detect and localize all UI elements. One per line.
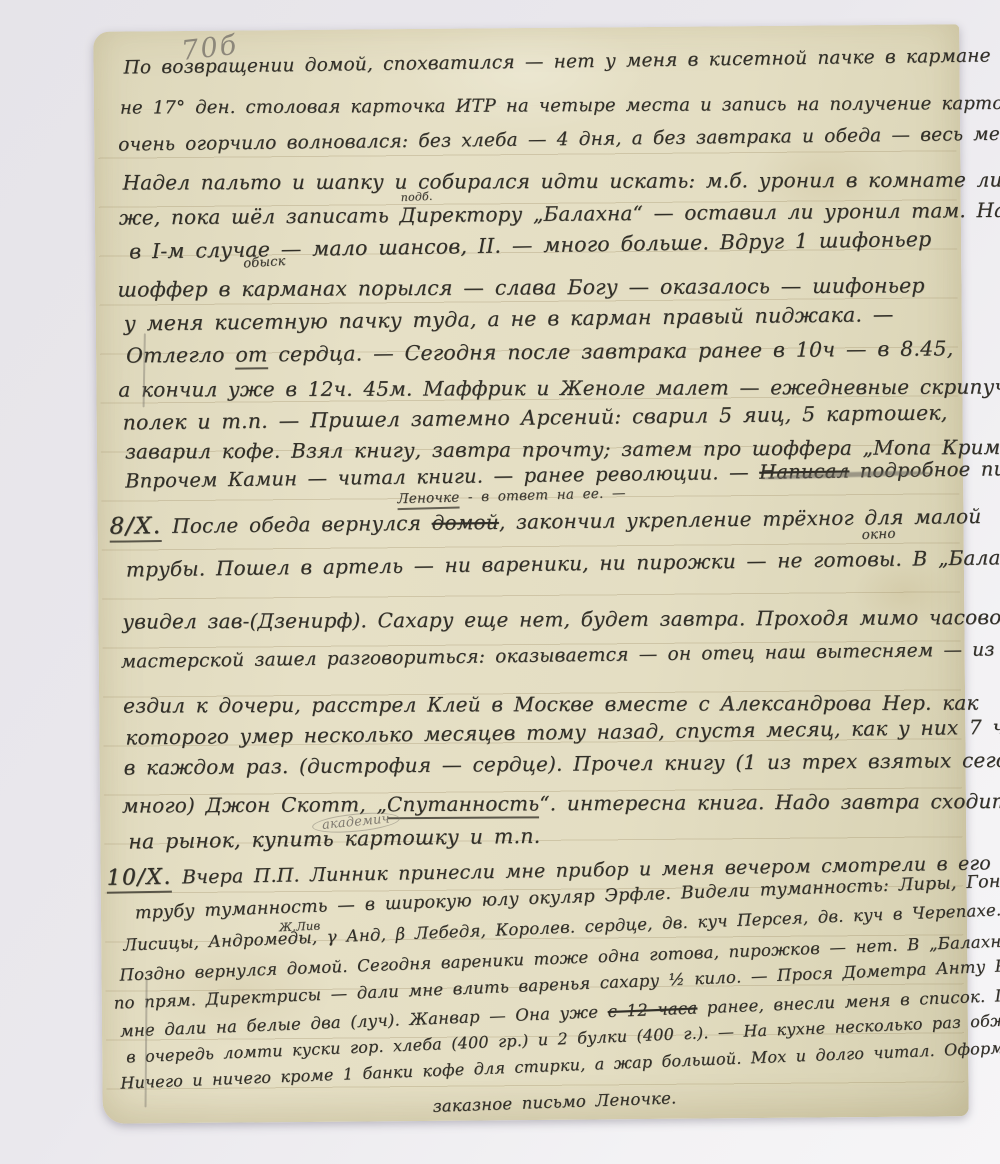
manuscript-line: ездил к дочери, расстрел Клей в Москве в… <box>123 691 979 718</box>
manuscript-line: По возвращении домой, спохватился — нет … <box>123 43 1000 78</box>
text-segment: Написал <box>759 459 849 483</box>
text-segment: Леночке <box>397 490 460 511</box>
manuscript-line: в каждом раз. (дистрофия — сердце). Проч… <box>124 747 1000 779</box>
text-segment: 8/X. <box>109 513 161 543</box>
text-segment: подробное письмо <box>849 457 1000 483</box>
text-segment: - в ответ на ее. — <box>459 485 626 505</box>
text-segment: , закончил укрепление трёхног для малой <box>499 504 982 534</box>
interline-note: Леночке - в ответ на ее. — <box>397 485 626 507</box>
text-segment: “. интересна книга. Надо завтра сходить <box>539 789 1000 816</box>
manuscript-line: а кончил уже в 12ч. 45м. Маффрик и Женол… <box>118 374 1000 401</box>
manuscript-line: очень огорчило волновался: без хлеба — 4… <box>118 123 1000 155</box>
interline-note: обыск <box>243 254 286 272</box>
manuscript-page: 70б По возвращении домой, спохватился — … <box>93 24 968 1124</box>
text-segment: полек и т.п. — Пришел затемно Арсений: с… <box>123 400 948 434</box>
manuscript-line: же, пока шёл записать Директору „Балахна… <box>119 198 1000 230</box>
text-segment: с 12 часа <box>607 998 697 1021</box>
text-segment: же, пока шёл записать Директору „Балахна… <box>119 198 1000 230</box>
text-segment: После обеда вернулся <box>161 511 431 538</box>
text-segment: ездил к дочери, расстрел Клей в Москве в… <box>123 691 979 718</box>
manuscript-line: заказное письмо Леночке. <box>432 1088 676 1116</box>
manuscript-line: не 17° ден. столовая карточка ИТР на чет… <box>120 92 1000 118</box>
manuscript-line: которого умер несколько месяцев тому наз… <box>125 714 1000 749</box>
interline-note: окно <box>861 526 896 543</box>
manuscript-line: Отлегло от сердца. — Сегодня после завтр… <box>126 336 953 367</box>
manuscript-line: 8/X. После обеда вернулся домой, закончи… <box>109 503 981 540</box>
text-segment: увидел зав-(Дзенирф). Сахару еще нет, бу… <box>122 605 1000 634</box>
manuscript-line: Надел пальто и шапку и собирался идти ис… <box>123 167 1000 194</box>
text-segment: в каждом раз. (дистрофия — сердце). Проч… <box>124 747 1000 779</box>
text-segment: а кончил уже в 12ч. 45м. Маффрик и Женол… <box>118 374 1000 401</box>
manuscript-line: полек и т.п. — Пришел затемно Арсений: с… <box>123 400 948 434</box>
manuscript-line: мастерской зашел разговориться: оказывае… <box>121 638 1000 673</box>
text-segment: которого умер несколько месяцев тому наз… <box>125 714 1000 749</box>
text-segment: 10/X. <box>106 865 172 894</box>
text-segment: у меня кисетную пачку туда, а не в карма… <box>124 302 894 335</box>
text-segment: сердца. — Сегодня после завтрака ранее в… <box>267 336 953 366</box>
manuscript-line: трубы. Пошел в артель — ни вареники, ни … <box>126 545 1000 582</box>
text-segment: Впрочем Камин — читал книги. — ранее рев… <box>125 461 759 493</box>
text-segment: очень огорчило волновался: без хлеба — 4… <box>118 123 1000 155</box>
text-segment: трубы. Пошел в артель — ни вареники, ни … <box>126 545 1000 582</box>
text-segment: мастерской зашел разговориться: оказывае… <box>121 638 1000 673</box>
text-segment: шоффер в карманах порылся — слава Богу —… <box>117 273 924 301</box>
manuscript-line: шоффер в карманах порылся — слава Богу —… <box>117 273 924 301</box>
text-segment: Надел пальто и шапку и собирался идти ис… <box>123 167 1000 194</box>
manuscript-line: увидел зав-(Дзенирф). Сахару еще нет, бу… <box>122 605 1000 634</box>
manuscript-line: много) Джон Скотт, „Спутанность“. интере… <box>122 789 1000 818</box>
text-segment: окно <box>861 526 896 543</box>
scan-background: 70б По возвращении домой, спохватился — … <box>0 0 1000 1164</box>
text-segment: от <box>235 342 267 369</box>
text-segment: обыск <box>243 254 286 272</box>
text-segment: домой <box>431 510 499 535</box>
text-segment: По возвращении домой, спохватился — нет … <box>123 43 1000 78</box>
text-segment: заказное письмо Леночке. <box>432 1088 676 1116</box>
text-segment: Спутанность <box>387 791 539 819</box>
manuscript-line: у меня кисетную пачку туда, а не в карма… <box>124 302 894 335</box>
text-segment: не 17° ден. столовая карточка ИТР на чет… <box>120 92 1000 118</box>
